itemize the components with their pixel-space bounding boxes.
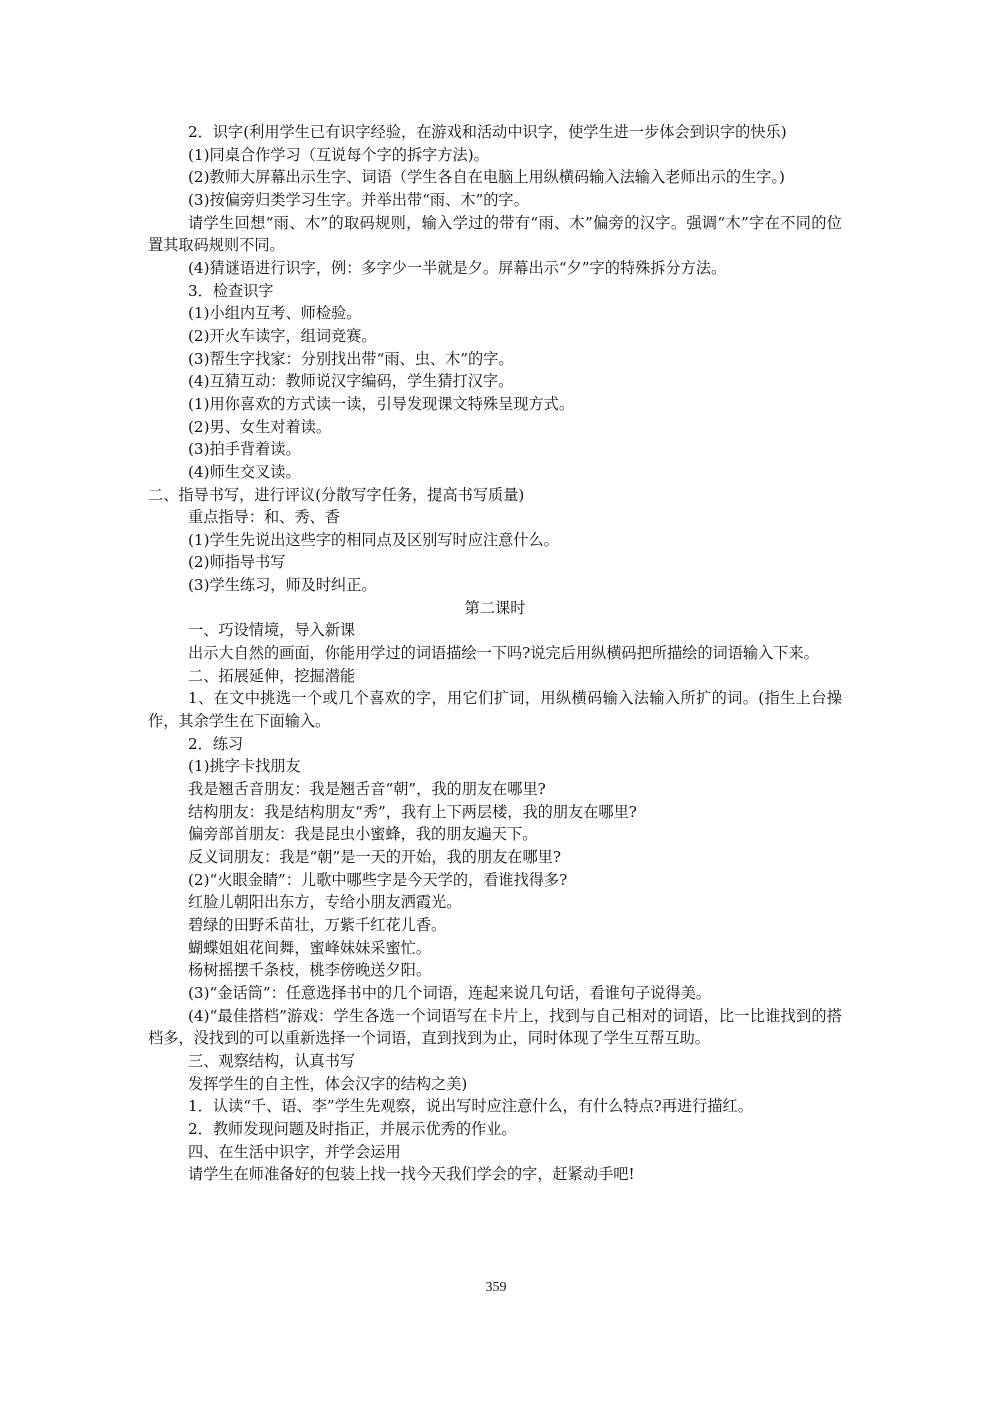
paragraph: 1、在文中挑选一个或几个喜欢的字，用它们扩词，用纵横码输入法输入所扩的词。(指生… [148, 687, 842, 732]
paragraph: 1．认读“千、语、李”学生先观察，说出写时应注意什么，有什么特点?再进行描红。 [148, 1095, 842, 1118]
paragraph: 重点指导：和、秀、香 [148, 506, 842, 529]
paragraph: (2)教师大屏幕出示生字、词语（学生各自在电脑上用纵横码输入法输入老师出示的生字… [148, 166, 842, 189]
paragraph: 我是翘舌音朋友：我是翘舌音“朝”，我的朋友在哪里? [148, 778, 842, 801]
paragraph: (2)师指导书写 [148, 551, 842, 574]
paragraph: (4)互猜互动：教师说汉字编码，学生猜打汉字。 [148, 370, 842, 393]
section-heading: 三、观察结构，认真书写 [148, 1050, 842, 1073]
paragraph: 2．教师发现问题及时指正，并展示优秀的作业。 [148, 1118, 842, 1141]
poem-line: 杨树摇摆千条枝，桃李傍晚送夕阳。 [148, 959, 842, 982]
poem-line: 碧绿的田野禾苗壮，万紫千红花儿香。 [148, 914, 842, 937]
paragraph: 出示大自然的画面，你能用学过的词语描绘一下吗?说完后用纵横码把所描绘的词语输入下… [148, 642, 842, 665]
paragraph: (3)按偏旁归类学习生字。并举出带“雨、木”的字。 [148, 189, 842, 212]
section-heading-writing: 二、指导书写，进行评议(分散写字任务，提高书写质量) [148, 484, 842, 507]
paragraph: (1)学生先说出这些字的相同点及区别写时应注意什么。 [148, 529, 842, 552]
poem-line: 蝴蝶姐姐花间舞，蜜峰妹妹采蜜忙。 [148, 937, 842, 960]
paragraph-shizi-intro: 2．识字(利用学生已有识字经验，在游戏和活动中识字，使学生进一步体会到识字的快乐… [148, 121, 842, 144]
paragraph: 偏旁部首朋友：我是昆虫小蜜蜂，我的朋友遍天下。 [148, 823, 842, 846]
paragraph: (3)“金话筒”：任意选择书中的几个词语，连起来说几句话，看谁句子说得美。 [148, 982, 842, 1005]
paragraph: (2)男、女生对着读。 [148, 416, 842, 439]
paragraph: 请学生在师准备好的包装上找一找今天我们学会的字，赶紧动手吧! [148, 1163, 842, 1186]
paragraph: (3)拍手背着读。 [148, 438, 842, 461]
paragraph: (4)猜谜语进行识字，例：多字少一半就是夕。屏幕出示“夕”字的特殊拆分方法。 [148, 257, 842, 280]
lesson-title: 第二课时 [148, 597, 842, 620]
paragraph: (1)同桌合作学习（互说每个字的拆字方法)。 [148, 144, 842, 167]
section-heading-practice: 2．练习 [148, 733, 842, 756]
paragraph: (2)“火眼金睛”：儿歌中哪些字是今天学的，看谁找得多? [148, 869, 842, 892]
paragraph: (2)开火车读字，组词竞赛。 [148, 325, 842, 348]
document-body: 2．识字(利用学生已有识字经验，在游戏和活动中识字，使学生进一步体会到识字的快乐… [148, 121, 842, 1186]
paragraph: (1)挑字卡找朋友 [148, 755, 842, 778]
section-heading-check: 3．检查识字 [148, 280, 842, 303]
paragraph: 发挥学生的自主性，体会汉字的结构之美) [148, 1073, 842, 1096]
paragraph: 结构朋友：我是结构朋友“秀”，我有上下两层楼，我的朋友在哪里? [148, 801, 842, 824]
poem-line: 红脸儿朝阳出东方，专给小朋友洒霞光。 [148, 891, 842, 914]
paragraph: 反义词朋友：我是“朝”是一天的开始，我的朋友在哪里? [148, 846, 842, 869]
section-heading: 一、巧设情境，导入新课 [148, 619, 842, 642]
paragraph: (3)学生练习，师及时纠正。 [148, 574, 842, 597]
paragraph: (4)师生交叉读。 [148, 461, 842, 484]
section-heading: 二、拓展延伸，挖掘潜能 [148, 665, 842, 688]
page-number: 359 [0, 1280, 992, 1296]
section-heading: 四、在生活中识字，并学会运用 [148, 1141, 842, 1164]
paragraph: (4)“最佳搭档”游戏：学生各选一个词语写在卡片上，找到与自己相对的词语，比一比… [148, 1005, 842, 1050]
paragraph: (1)小组内互考、师检验。 [148, 302, 842, 325]
paragraph: (1)用你喜欢的方式读一读，引导发现课文特殊呈现方式。 [148, 393, 842, 416]
paragraph: 请学生回想“雨、木”的取码规则，输入学过的带有“雨、木”偏旁的汉字。强调“木”字… [148, 212, 842, 257]
paragraph: (3)帮生字找家：分别找出带“雨、虫、木”的字。 [148, 348, 842, 371]
